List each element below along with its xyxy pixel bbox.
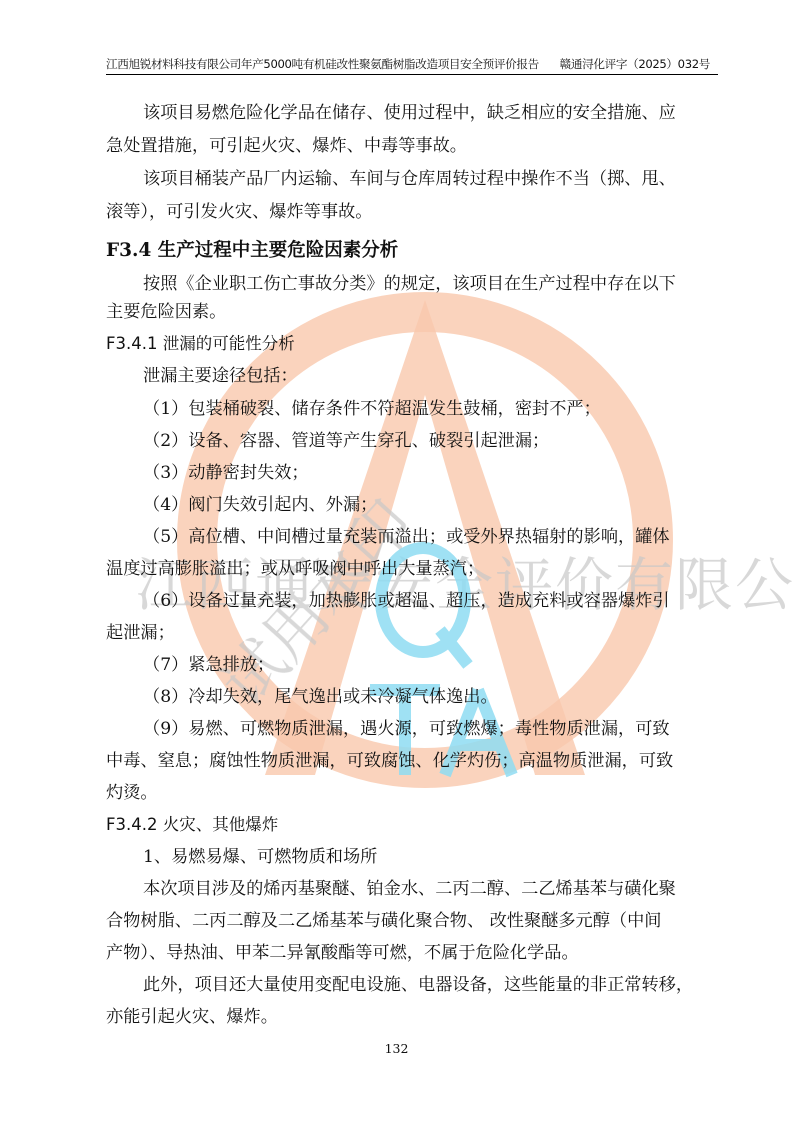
paragraph-text: 该项目易燃危险化学品在储存、使用过程中，缺乏相应的安全措施、应 <box>143 103 676 123</box>
list-item: （8）冷却失效，尾气逸出或未冷凝气体逸出。 <box>143 687 498 707</box>
list-item: （4）阀门失效引起内、外漏； <box>143 495 377 515</box>
paragraph-text: 合物树脂、二丙二醇及二乙烯基苯与磺化聚合物、 改性聚醚多元醇（中间 <box>106 911 661 931</box>
page-number: 132 <box>0 1041 793 1056</box>
subsection-heading-f3-4-2: F3.4.2 火灾、其他爆炸 <box>106 815 278 835</box>
list-item: （5）高位槽、中间槽过量充装而溢出；或受外界热辐射的影响，罐体 <box>143 527 670 547</box>
list-item: 中毒、窒息；腐蚀性物质泄漏，可致腐蚀、化学灼伤；高温物质泄漏，可致 <box>106 751 673 771</box>
paragraph-text: 主要危险因素。 <box>106 302 226 322</box>
list-item: （3）动静密封失效； <box>143 463 309 483</box>
paragraph-text: 按照《企业职工伤亡事故分类》的规定，该项目在生产过程中存在以下 <box>143 274 676 294</box>
list-item: （7）紧急排放； <box>143 655 274 675</box>
paragraph-text: 此外，项目还大量使用变配电设施、电器设备，这些能量的非正常转移， <box>143 975 693 995</box>
subsection-heading-f3-4-1: F3.4.1 泄漏的可能性分析 <box>106 334 295 354</box>
section-heading-f3-4: F3.4 生产过程中主要危险因素分析 <box>106 241 398 261</box>
header-title: 江西旭锐材料科技有限公司年产5000吨有机硅改性聚氨酯树脂改造项目安全预评价报告 <box>106 56 539 72</box>
list-item: 灼烫。 <box>106 783 158 803</box>
list-item: （6）设备过量充装，加热膨胀或超温、超压，造成充料或容器爆炸引 <box>143 591 670 611</box>
paragraph-text: 产物）、导热油、甲苯二异氰酸酯等可燃，不属于危险化学品。 <box>106 943 579 963</box>
list-item: 温度过高膨胀溢出；或从呼吸阀中呼出大量蒸汽； <box>106 559 484 579</box>
page-header: 江西旭锐材料科技有限公司年产5000吨有机硅改性聚氨酯树脂改造项目安全预评价报告… <box>106 56 718 75</box>
header-doc-number: 赣通浔化评字（2025）032号 <box>560 56 710 72</box>
paragraph-text: 该项目桶装产品厂内运输、车间与仓库周转过程中操作不当（掷、甩、 <box>143 169 676 189</box>
document-page: 江西旭锐材料科技有限公司年产5000吨有机硅改性聚氨酯树脂改造项目安全预评价报告… <box>0 0 793 1122</box>
list-item: （2）设备、容器、管道等产生穿孔、破裂引起泄漏； <box>143 431 549 451</box>
paragraph-text: 滚等），可引发火灾、爆炸等事故。 <box>106 202 372 222</box>
list-item: 起泄漏； <box>106 623 175 643</box>
paragraph-text: 本次项目涉及的烯丙基聚醚、铂金水、二丙二醇、二乙烯基苯与磺化聚 <box>143 879 676 899</box>
watermark-qta-letters-icon <box>370 548 512 775</box>
list-item: （1）包装桶破裂、储存条件不符超温发生鼓桶，密封不严； <box>143 399 601 419</box>
list-item: （9）易燃、可燃物质泄漏，遇火源，可致燃爆；毒性物质泄漏，可致 <box>143 719 670 739</box>
paragraph-text: 泄漏主要途径包括： <box>143 366 298 386</box>
paragraph-text: 急处置措施，可引起火灾、爆炸、中毒等事故。 <box>106 136 467 156</box>
paragraph-text: 亦能引起火灾、爆炸。 <box>106 1007 278 1027</box>
paragraph-text: 1、易燃易爆、可燃物质和场所 <box>143 847 377 867</box>
